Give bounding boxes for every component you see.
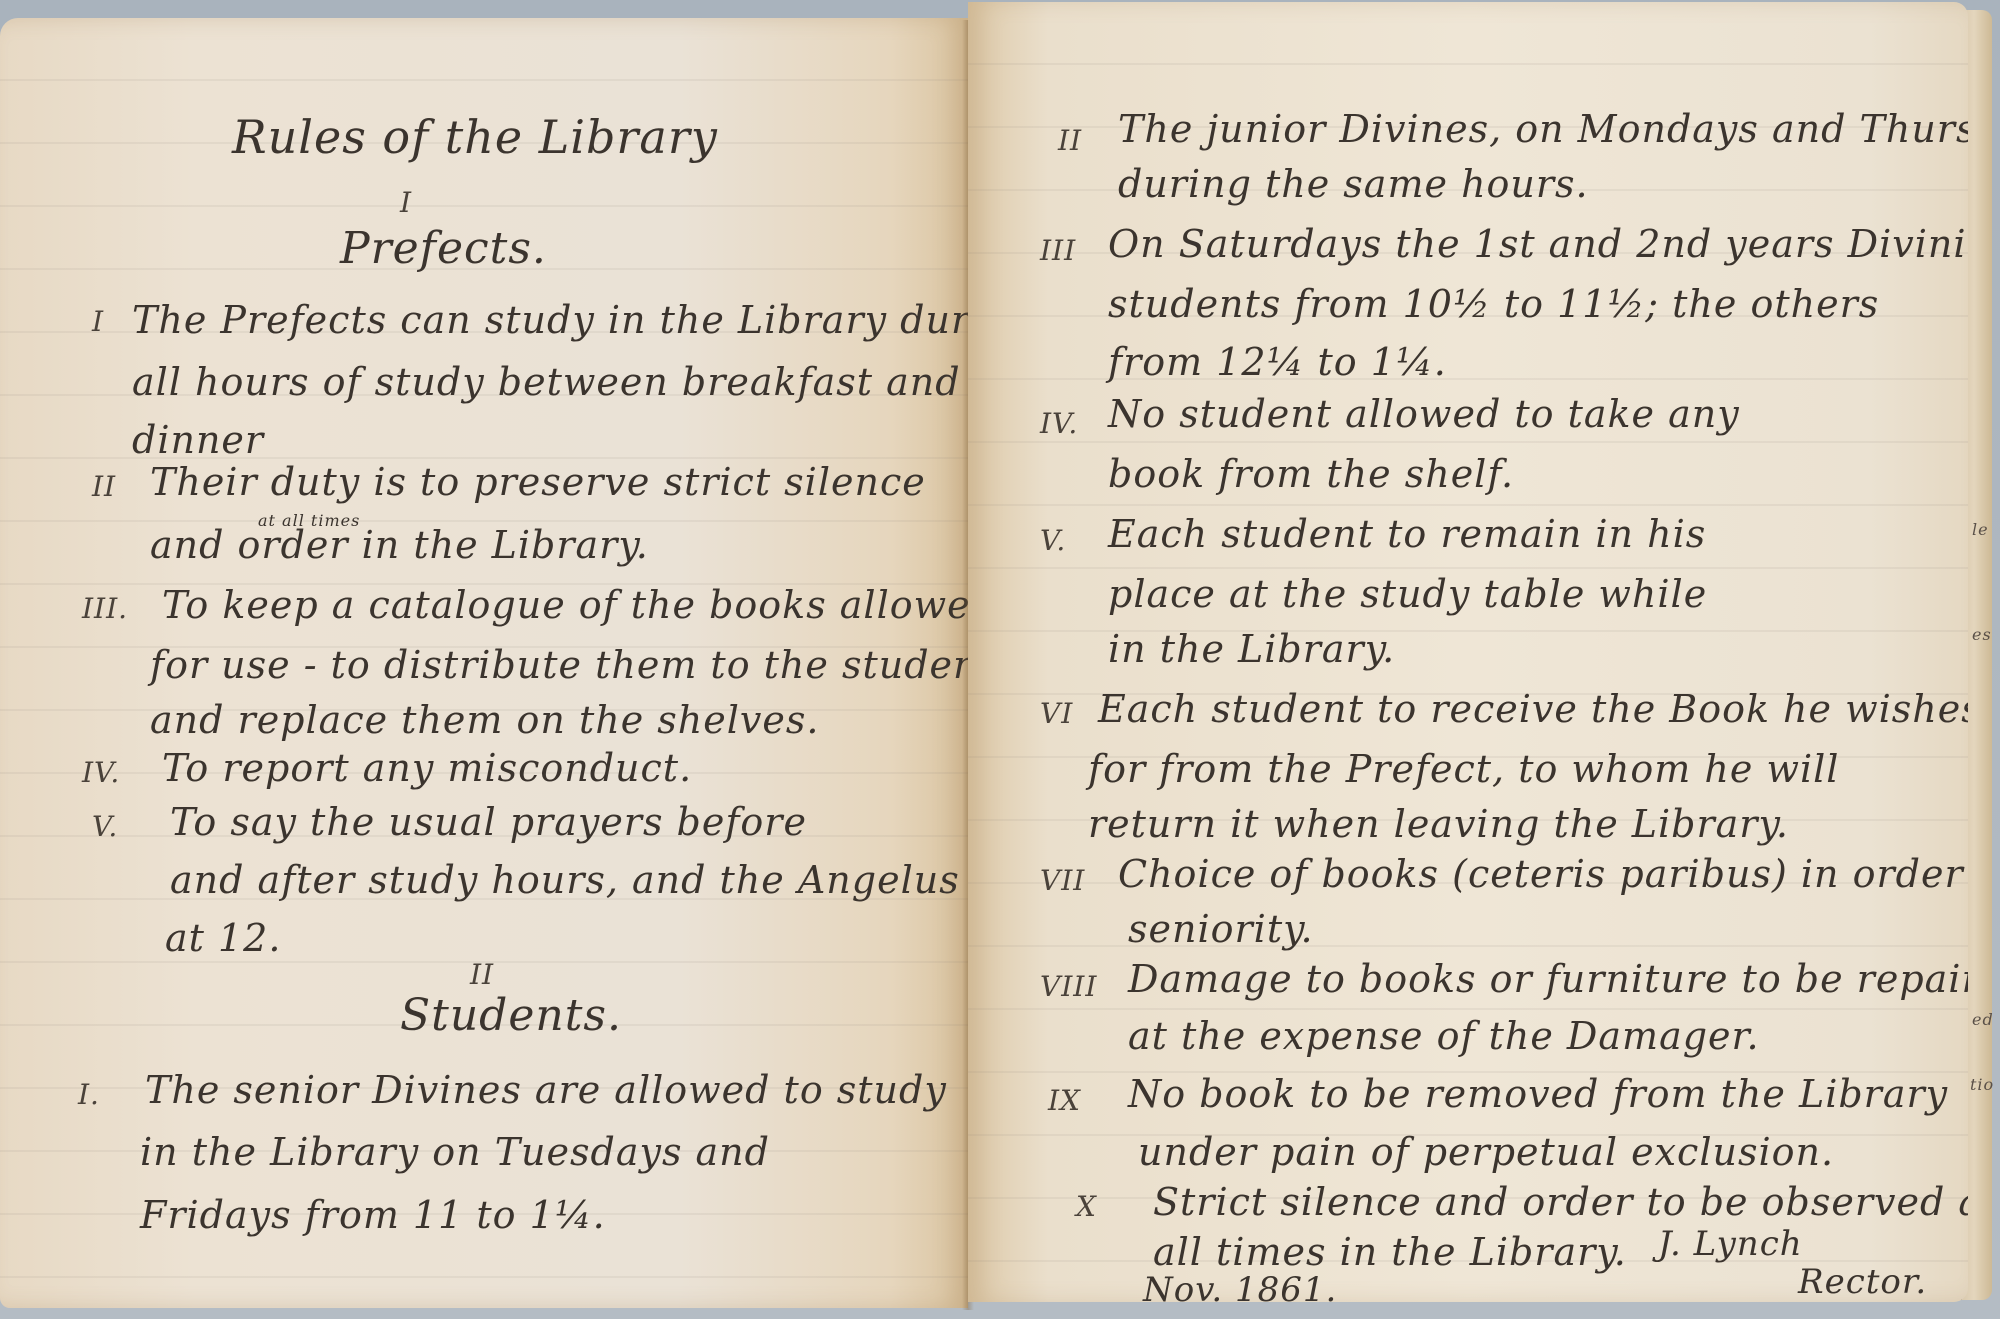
rule-numeral: VIII <box>1040 970 1097 1003</box>
rule-line: On Saturdays the 1st and 2nd years Divin… <box>1108 222 1968 266</box>
rule-line: To report any misconduct. <box>162 746 692 790</box>
rule-line: Their duty is to preserve strict silence <box>150 460 926 504</box>
rule-line: Each student to receive the Book he wish… <box>1098 687 1968 731</box>
section-numeral: II <box>470 958 494 991</box>
rule-line: in the Library on Tuesdays and <box>140 1130 770 1174</box>
rule-numeral: IV. <box>1040 407 1078 440</box>
rule-numeral: I. <box>78 1078 100 1111</box>
rule-line: during the same hours. <box>1118 162 1589 206</box>
margin-fragment: le <box>1972 520 1989 539</box>
rule-line: and order in the Library. <box>150 523 649 567</box>
rule-line: Choice of books (ceteris paribus) in ord… <box>1118 852 1968 896</box>
rule-line: The senior Divines are allowed to study <box>145 1068 947 1112</box>
rule-line: No student allowed to take any <box>1108 392 1740 436</box>
rule-line: The Prefects can study in the Library du… <box>132 298 968 342</box>
section-heading-students: Students. <box>400 990 622 1041</box>
rule-line: under pain of perpetual exclusion. <box>1138 1130 1834 1174</box>
rule-numeral: III. <box>82 592 128 625</box>
rule-line: Damage to books or furniture to be repai… <box>1128 957 1968 1001</box>
signature-title: Rector. <box>1798 1262 1927 1302</box>
rule-line: return it when leaving the Library. <box>1088 802 1789 846</box>
rule-line: To keep a catalogue of the books allowed <box>162 583 968 627</box>
rule-line: for use - to distribute them to the stud… <box>150 643 968 687</box>
margin-fragment: tio <box>1970 1075 1994 1094</box>
rule-line: and replace them on the shelves. <box>150 698 819 742</box>
rule-line: all times in the Library. <box>1153 1230 1627 1274</box>
rule-line: from 12¼ to 1¼. <box>1108 340 1447 384</box>
rule-line: students from 10½ to 11½; the others <box>1108 282 1879 326</box>
rule-numeral: II <box>92 470 116 503</box>
rule-numeral: IV. <box>82 756 120 789</box>
rule-line: all hours of study between breakfast and <box>132 360 961 404</box>
rule-numeral: V. <box>1040 524 1066 557</box>
rule-line: Each student to remain in his <box>1108 512 1706 556</box>
rule-numeral: X <box>1076 1190 1097 1223</box>
rule-line: and after study hours, and the Angelus <box>170 858 960 902</box>
rule-numeral: V. <box>92 810 118 843</box>
document-date: Nov. 1861. <box>1143 1270 1337 1302</box>
rule-numeral: IX <box>1048 1084 1081 1117</box>
rule-line: dinner <box>132 418 264 462</box>
rule-line: at 12. <box>165 916 281 960</box>
section-heading-prefects: Prefects. <box>340 223 547 274</box>
rule-line: The junior Divines, on Mondays and Thurs… <box>1118 107 1968 151</box>
rule-line: seniority. <box>1128 907 1314 951</box>
open-notebook: Rules of the Library I Prefects. I The P… <box>0 0 2000 1319</box>
rule-line: To say the usual prayers before <box>170 800 807 844</box>
section-numeral: I <box>400 186 412 219</box>
rule-numeral: VII <box>1040 864 1085 897</box>
margin-fragment: es <box>1972 625 1992 644</box>
rule-line: at the expense of the Damager. <box>1128 1014 1760 1058</box>
document-title: Rules of the Library <box>232 110 718 164</box>
rule-numeral: VI <box>1040 697 1073 730</box>
margin-fragment: ed <box>1972 1010 1994 1029</box>
rule-numeral: I <box>92 305 104 338</box>
rule-numeral: II <box>1058 124 1082 157</box>
right-page: II The junior Divines, on Mondays and Th… <box>968 2 1968 1302</box>
rule-line: Fridays from 11 to 1¼. <box>140 1193 606 1237</box>
rule-line: place at the study table while <box>1108 572 1707 616</box>
left-page: Rules of the Library I Prefects. I The P… <box>0 18 968 1308</box>
rule-numeral: III <box>1040 234 1076 267</box>
rule-line: in the Library. <box>1108 627 1395 671</box>
rule-line: Strict silence and order to be observed … <box>1153 1180 1968 1224</box>
rule-line: for from the Prefect, to whom he will <box>1088 747 1839 791</box>
rule-line: book from the shelf. <box>1108 452 1514 496</box>
signature-name: J. Lynch <box>1658 1224 1803 1264</box>
rule-line: No book to be removed from the Library <box>1128 1072 1948 1116</box>
